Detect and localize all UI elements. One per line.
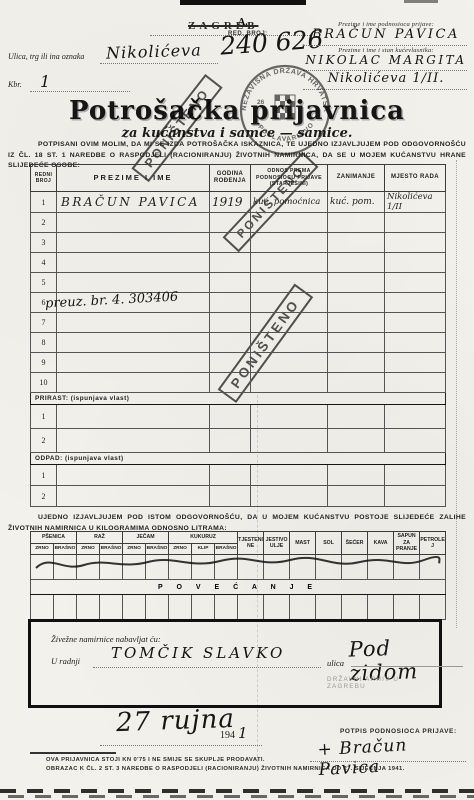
street-label: Ulica, trg ili ina oznaka	[8, 52, 84, 61]
supplier-box: Živežne namirnice nabavljat ću: U radnji…	[28, 619, 442, 708]
row-number: 10	[31, 373, 57, 393]
supplies-group-header-row: PŠENICA RAŽ JEČAM KUKURUZ TJESTENINE JES…	[31, 532, 446, 544]
prirast-row: 1	[31, 405, 446, 429]
prirast-row: 2	[31, 429, 446, 453]
perforation-dotted-line	[456, 160, 457, 628]
row-number: 5	[31, 273, 57, 293]
col-header-odnos: ODNOS PREMA PODNOSIOCU PRIJAVE (STARJEŠI…	[251, 165, 328, 192]
footer-line-2: OBRAZAC K ČL. 2 ST. 3 NAREDBE O RASPODJE…	[46, 766, 405, 772]
row-number: 2	[31, 429, 57, 453]
archive-stamp: DRŽAVNI ARHIV U ZAGREBU	[327, 676, 439, 690]
increase-label: P O V E Ć A N J E	[31, 580, 446, 595]
signature-value: + Bračun Pavica	[317, 732, 474, 780]
form-title: Potrošačka prijavnica	[0, 96, 474, 126]
group-raz: RAŽ	[77, 532, 123, 544]
prirast-label: PRIRAST: (ispunjava vlast)	[31, 393, 446, 405]
person-row: 9	[31, 353, 446, 373]
group-kukuruz: KUKURUZ	[169, 532, 238, 544]
person-name: BRAČUN PAVICA	[57, 192, 210, 213]
year-printed: 194	[220, 730, 235, 741]
row-number: 7	[31, 313, 57, 333]
handwritten-strikeout-squiggle	[32, 552, 443, 578]
supplier-street-label: ulica	[327, 658, 344, 668]
handwritten-note: preuz. br. 4. 303406	[45, 290, 179, 312]
date-handwritten: 27 rujna	[116, 704, 236, 738]
odpad-label-row: ODPAD: (ispunjava vlast)	[31, 453, 446, 465]
footer-line-1: OVA PRIJAVNICA STOJI KN 0'75 I NE SMIJE …	[46, 757, 265, 763]
person-relation: kuć. pomoćnica	[251, 192, 328, 213]
scan-artifact-bottom-dashes-1	[0, 789, 474, 793]
applicant-value: BRAČUN PAVICA	[305, 27, 467, 42]
supplies-increase-row: P O V E Ć A N J E	[31, 580, 446, 595]
person-occupation: kuć. pom.	[328, 192, 385, 213]
row-number: 2	[31, 486, 57, 507]
row-number: 4	[31, 253, 57, 273]
applicant-underline	[303, 44, 467, 46]
person-row: 1 BRAČUN PAVICA 1919 kuć. pomoćnica kuć.…	[31, 192, 446, 213]
shop-underline	[93, 666, 321, 668]
house-number-underline	[30, 90, 130, 92]
street-value: Nikolićeva	[106, 40, 202, 62]
persons-table-header-row: REDNI BROJ PREZIME I IME GODINA ROĐENJA …	[31, 165, 446, 192]
odpad-row: 2	[31, 486, 446, 507]
persons-table: REDNI BROJ PREZIME I IME GODINA ROĐENJA …	[30, 164, 446, 507]
scanned-form-page: ZAGREB A. RED. BROJ: 240 626 Prezime i i…	[0, 0, 474, 800]
supplies-increase-value-row	[31, 595, 446, 620]
odpad-label: ODPAD: (ispunjava vlast)	[31, 453, 446, 465]
signature-underline	[310, 760, 466, 762]
person-row: 2	[31, 213, 446, 233]
odpad-row: 1	[31, 465, 446, 486]
col-header-zanimanje: ZANIMANJE	[328, 165, 385, 192]
supplier-intro: Živežne namirnice nabavljat ću:	[51, 634, 161, 644]
col-header-rednibroj: REDNI BROJ	[31, 165, 57, 192]
street-underline	[100, 62, 218, 64]
person-row: 10	[31, 373, 446, 393]
year-handwritten: 1	[238, 724, 248, 742]
col-header-mjesto: MJESTO RADA	[385, 165, 446, 192]
person-row: 5	[31, 273, 446, 293]
date-underline	[100, 744, 262, 746]
house-number-label: Kbr.	[8, 80, 22, 89]
person-row: 6 preuz. br. 4. 303406	[31, 293, 446, 313]
row-number: 8	[31, 333, 57, 353]
person-row: 8	[31, 333, 446, 353]
group-jecam: JEČAM	[123, 532, 169, 544]
row-number: 3	[31, 233, 57, 253]
person-workplace: Nikolićeva 1/II	[385, 192, 446, 213]
section-letter: A.	[238, 17, 248, 28]
shop-label: U radnji	[51, 656, 80, 666]
person-year: 1919	[210, 192, 251, 213]
shop-value: TOMČIK SLAVKO	[111, 644, 285, 662]
row-number: 1	[31, 192, 57, 213]
form-subtitle: za kućanstva i samce — samice.	[0, 126, 474, 141]
row-number: 9	[31, 353, 57, 373]
person-row: 7	[31, 313, 446, 333]
prirast-label-row: PRIRAST: (ispunjava vlast)	[31, 393, 446, 405]
footer-rule	[30, 752, 116, 754]
person-row: 3	[31, 233, 446, 253]
col-header-godina: GODINA ROĐENJA	[210, 165, 251, 192]
scan-artifact-top-bar	[180, 0, 306, 5]
row-number: 1	[31, 405, 57, 429]
row-number: 2	[31, 213, 57, 233]
group-psenica: PŠENICA	[31, 532, 77, 544]
row-number: 1	[31, 465, 57, 486]
house-number-value: 1	[40, 72, 50, 91]
scan-artifact-bottom-dashes-2	[8, 795, 474, 798]
col-header-prezime: PREZIME I IME	[57, 165, 210, 192]
person-row: 4	[31, 253, 446, 273]
supplier-street-underline	[351, 666, 463, 667]
scan-artifact-top-right	[404, 0, 438, 3]
